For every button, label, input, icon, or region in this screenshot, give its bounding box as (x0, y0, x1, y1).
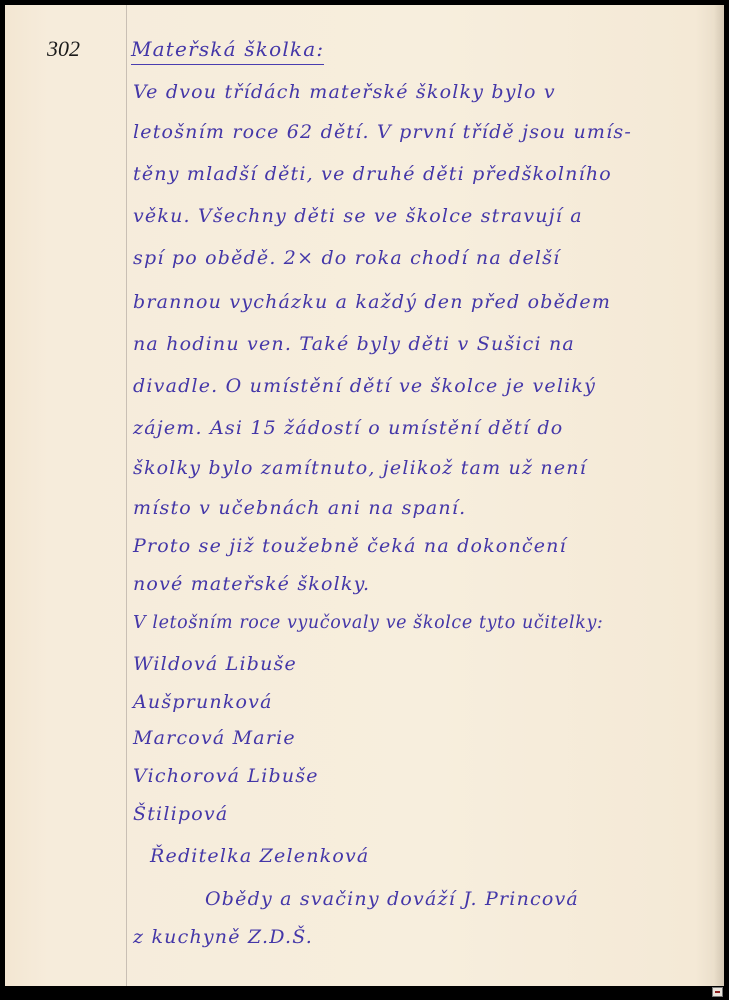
text-line: Obědy a svačiny dováží J. Princová (205, 888, 579, 910)
entry-title: Mateřská školka: (131, 37, 324, 65)
page-number: 302 (47, 36, 80, 62)
text-line: věku. Všechny děti se ve školce stravují… (133, 205, 583, 227)
text-line: spí po obědě. 2× do roka chodí na delší (133, 247, 560, 269)
text-line: divadle. O umístění dětí ve školce je ve… (133, 375, 596, 397)
teacher-name: Marcová Marie (133, 727, 296, 749)
teacher-name: Aušprunková (133, 691, 273, 713)
text-line: Proto se již toužebně čeká na dokončení (133, 535, 567, 557)
manuscript-page: 302 Mateřská školka: Ve dvou třídách mat… (5, 5, 724, 986)
text-line: na hodinu ven. Také byly děti v Sušici n… (133, 333, 575, 355)
text-line: těny mladší děti, ve druhé děti předškol… (133, 163, 612, 185)
text-line: Ve dvou třídách mateřské školky bylo v (133, 81, 556, 103)
margin-rule (126, 5, 127, 986)
text-line: nové mateřské školky. (133, 573, 370, 595)
text-line: školky bylo zamítnuto, jelikož tam už ne… (133, 457, 587, 479)
text-line: místo v učebnách ani na spaní. (133, 497, 466, 519)
headmistress-signature: Ředitelka Zelenková (150, 845, 369, 867)
teacher-name: Vichorová Libuše (133, 765, 319, 787)
text-line: z kuchyně Z.D.Š. (133, 926, 313, 948)
text-line: letošním roce 62 dětí. V první třídě jso… (133, 121, 632, 143)
teacher-name: Wildová Libuše (133, 653, 297, 675)
minimize-icon[interactable] (712, 987, 723, 997)
text-line: zájem. Asi 15 žádostí o umístění dětí do (133, 417, 563, 439)
text-line: V letošním roce vyučovaly ve školce tyto… (133, 613, 603, 633)
teacher-name: Štilipová (133, 803, 228, 825)
text-line: brannou vycházku a každý den před obědem (133, 291, 611, 313)
